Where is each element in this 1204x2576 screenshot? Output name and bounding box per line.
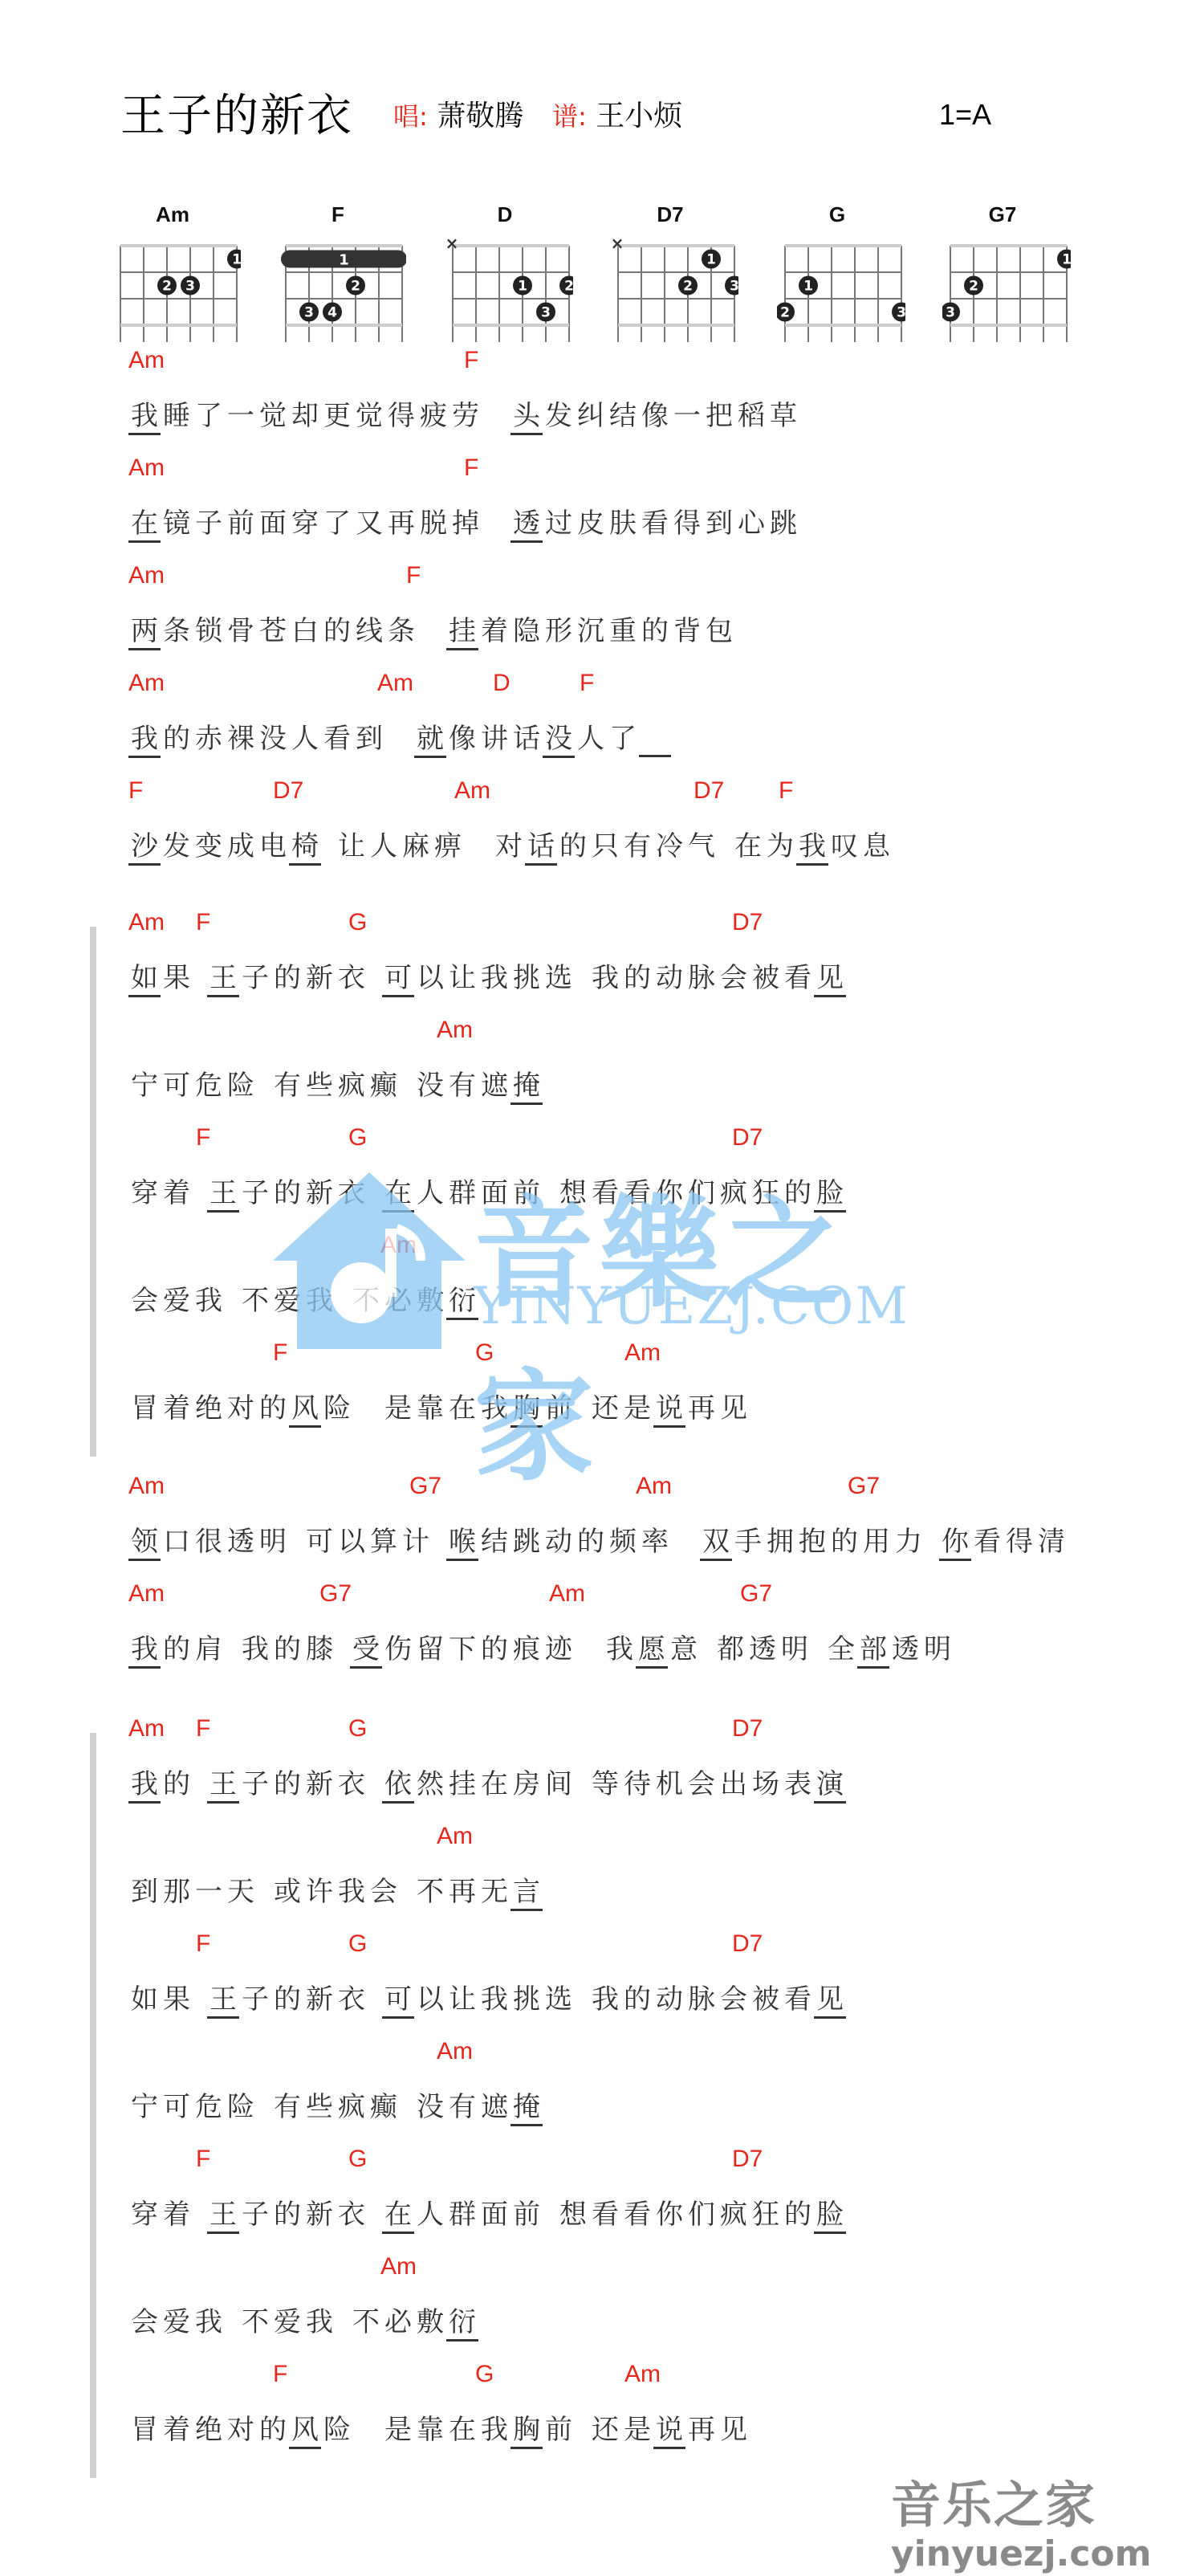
- chord-label: Am: [437, 2038, 473, 2065]
- lyric-line: 领口很透明 可以算计 喉结跳动的频率 双手拥抱的用力 你看得清: [128, 1519, 1068, 1561]
- lyric-line: 宁可危险 有些疯癫 没有遮掩: [128, 1063, 543, 1105]
- chord-label: F: [196, 909, 210, 936]
- fretboard-grid-icon: ×123: [610, 230, 738, 342]
- svg-text:1: 1: [339, 252, 349, 269]
- svg-text:1: 1: [803, 279, 813, 295]
- chord-label: F: [128, 777, 143, 805]
- arranger-name: 王小烦: [596, 100, 682, 132]
- chord-label: F: [196, 1715, 210, 1742]
- chord-label: F: [464, 454, 478, 482]
- chord-label: F: [273, 1339, 287, 1367]
- svg-text:1: 1: [232, 252, 241, 268]
- singer-credit: 唱: 萧敬腾: [393, 93, 523, 134]
- chord-label: Am: [128, 562, 165, 589]
- fretboard-grid-icon: 123: [777, 230, 905, 342]
- chord-label: Am: [636, 1473, 672, 1500]
- lyric-line: 如果 王子的新衣 可以让我挑选 我的动脉会被看见: [128, 956, 846, 997]
- chord-label: Am: [377, 670, 413, 697]
- chord-label: G: [348, 1715, 367, 1742]
- svg-text:2: 2: [351, 279, 360, 295]
- chord-diagram-name: D7: [610, 202, 730, 227]
- chord-label: G: [348, 1124, 367, 1151]
- svg-text:3: 3: [185, 279, 195, 295]
- fretboard-grid-icon: 123: [112, 230, 241, 342]
- chord-label: D7: [732, 1715, 763, 1742]
- svg-text:2: 2: [969, 279, 978, 295]
- chord-label: D7: [732, 909, 763, 936]
- fretboard-grid-icon: ×123: [445, 230, 573, 342]
- site-logo-url: yinyuezj.com: [891, 2533, 1164, 2574]
- chord-label: F: [464, 347, 478, 374]
- lyric-line: 会爱我 不爱我 不必敷衍: [128, 2300, 478, 2342]
- chord-diagram-name: D: [445, 202, 565, 227]
- chord-label: G: [348, 2146, 367, 2173]
- singer-name: 萧敬腾: [437, 100, 523, 132]
- lyric-line: 我的 王子的新衣 依然挂在房间 等待机会出场表演: [128, 1762, 846, 1804]
- chord-label: Am: [437, 1823, 473, 1850]
- chord-label: D7: [694, 777, 724, 805]
- chord-label: Am: [549, 1580, 585, 1608]
- svg-text:4: 4: [327, 305, 337, 321]
- chorus-bar: [90, 927, 96, 1457]
- song-title: 王子的新衣: [120, 80, 353, 145]
- arranger-label: 谱:: [552, 101, 587, 132]
- chord-label: G7: [319, 1580, 352, 1608]
- key-signature: 1=A: [939, 98, 991, 132]
- lyric-line: 穿着 王子的新衣 在人群面前 想看看你们疯狂的脸: [128, 1171, 846, 1213]
- chord-label: G: [475, 1339, 494, 1367]
- svg-text:1: 1: [518, 279, 527, 295]
- chord-diagram-name: Am: [112, 202, 233, 227]
- chord-label: D7: [732, 1930, 763, 1958]
- lyric-line: 穿着 王子的新衣 在人群面前 想看看你们疯狂的脸: [128, 2192, 846, 2234]
- chord-diagram-name: F: [278, 202, 398, 227]
- svg-text:2: 2: [780, 305, 790, 321]
- chord-label: F: [196, 1124, 210, 1151]
- lyric-line: 沙发变成电椅 让人麻痹 对话的只有冷气 在为我叹息: [128, 824, 893, 866]
- svg-text:3: 3: [730, 279, 738, 295]
- site-logo: 音乐之家 yinyuezj.com: [891, 2465, 1164, 2570]
- lyric-line: 我睡了一觉却更觉得疲劳 头发纠结像一把稻草: [128, 393, 799, 435]
- chord-label: G7: [740, 1580, 772, 1608]
- lyric-line: 宁可危险 有些疯癫 没有遮掩: [128, 2085, 543, 2126]
- chord-label: G: [348, 909, 367, 936]
- chord-label: Am: [128, 454, 165, 482]
- site-logo-text: 音乐之家: [891, 2465, 1164, 2537]
- svg-text:2: 2: [564, 279, 573, 295]
- chord-label: Am: [128, 909, 165, 936]
- chorus-bar: [90, 1733, 96, 2478]
- svg-text:×: ×: [611, 234, 624, 253]
- lyric-line: 两条锁骨苍白的线条 挂着隐形沉重的背包: [128, 609, 735, 650]
- chord-label: G: [475, 2361, 494, 2388]
- chord-label: F: [273, 2361, 287, 2388]
- lyric-line: 会爱我 不爱我 不必敷衍: [128, 1278, 478, 1320]
- chord-label: G7: [848, 1473, 880, 1500]
- chord-label: F: [406, 562, 421, 589]
- lyric-line: 我的赤裸没人看到 就像讲话没人了: [128, 716, 671, 758]
- chord-label: Am: [624, 1339, 661, 1367]
- chord-label: Am: [624, 2361, 661, 2388]
- chord-label: F: [196, 2146, 210, 2173]
- chord-label: D7: [732, 2146, 763, 2173]
- chord-label: F: [196, 1930, 210, 1958]
- chord-diagram-name: G7: [942, 202, 1063, 227]
- lyric-line: 如果 王子的新衣 可以让我挑选 我的动脉会被看见: [128, 1977, 846, 2019]
- svg-text:1: 1: [1062, 252, 1071, 268]
- chord-label: G: [348, 1930, 367, 1958]
- svg-text:2: 2: [683, 279, 693, 295]
- fretboard-grid-icon: 123: [942, 230, 1071, 342]
- lyric-line: 到那一天 或许我会 不再无言: [128, 1869, 543, 1911]
- singer-label: 唱:: [393, 101, 428, 132]
- chord-diagrams: Am123F1234D×123D7×123G123G7123: [0, 201, 1204, 345]
- chord-label: D7: [732, 1124, 763, 1151]
- svg-text:3: 3: [897, 305, 905, 321]
- chord-label: Am: [128, 1580, 165, 1608]
- chord-diagram-name: G: [777, 202, 897, 227]
- arranger-credit: 谱: 王小烦: [552, 93, 682, 134]
- chord-label: Am: [380, 1232, 417, 1259]
- svg-text:×: ×: [445, 234, 459, 253]
- fretboard-grid-icon: 1234: [278, 230, 406, 342]
- lyric-line: 冒着绝对的风险 是靠在我胸前 还是说再见: [128, 2407, 750, 2449]
- chord-label: D7: [273, 777, 303, 805]
- chord-label: Am: [128, 670, 165, 697]
- svg-text:2: 2: [162, 279, 172, 295]
- chord-label: Am: [380, 2253, 417, 2280]
- svg-text:1: 1: [706, 252, 716, 268]
- chord-label: Am: [454, 777, 490, 805]
- chord-label: Am: [128, 1715, 165, 1742]
- svg-text:3: 3: [541, 305, 551, 321]
- lyric-line: 我的肩 我的膝 受伤留下的痕迹 我愿意 都透明 全部透明: [128, 1627, 954, 1669]
- lyric-line: 在镜子前面穿了又再脱掉 透过皮肤看得到心跳: [128, 501, 799, 543]
- chord-label: Am: [437, 1017, 473, 1044]
- chord-label: Am: [128, 347, 165, 374]
- chord-label: F: [580, 670, 594, 697]
- svg-text:3: 3: [304, 305, 314, 321]
- watermark-url: YINYUEZJ.COM: [474, 1277, 909, 1336]
- chord-label: D: [493, 670, 510, 697]
- chord-label: Am: [128, 1473, 165, 1500]
- chord-label: G7: [409, 1473, 441, 1500]
- svg-text:3: 3: [946, 305, 955, 321]
- lyric-line: 冒着绝对的风险 是靠在我胸前 还是说再见: [128, 1386, 750, 1428]
- chord-label: F: [779, 777, 793, 805]
